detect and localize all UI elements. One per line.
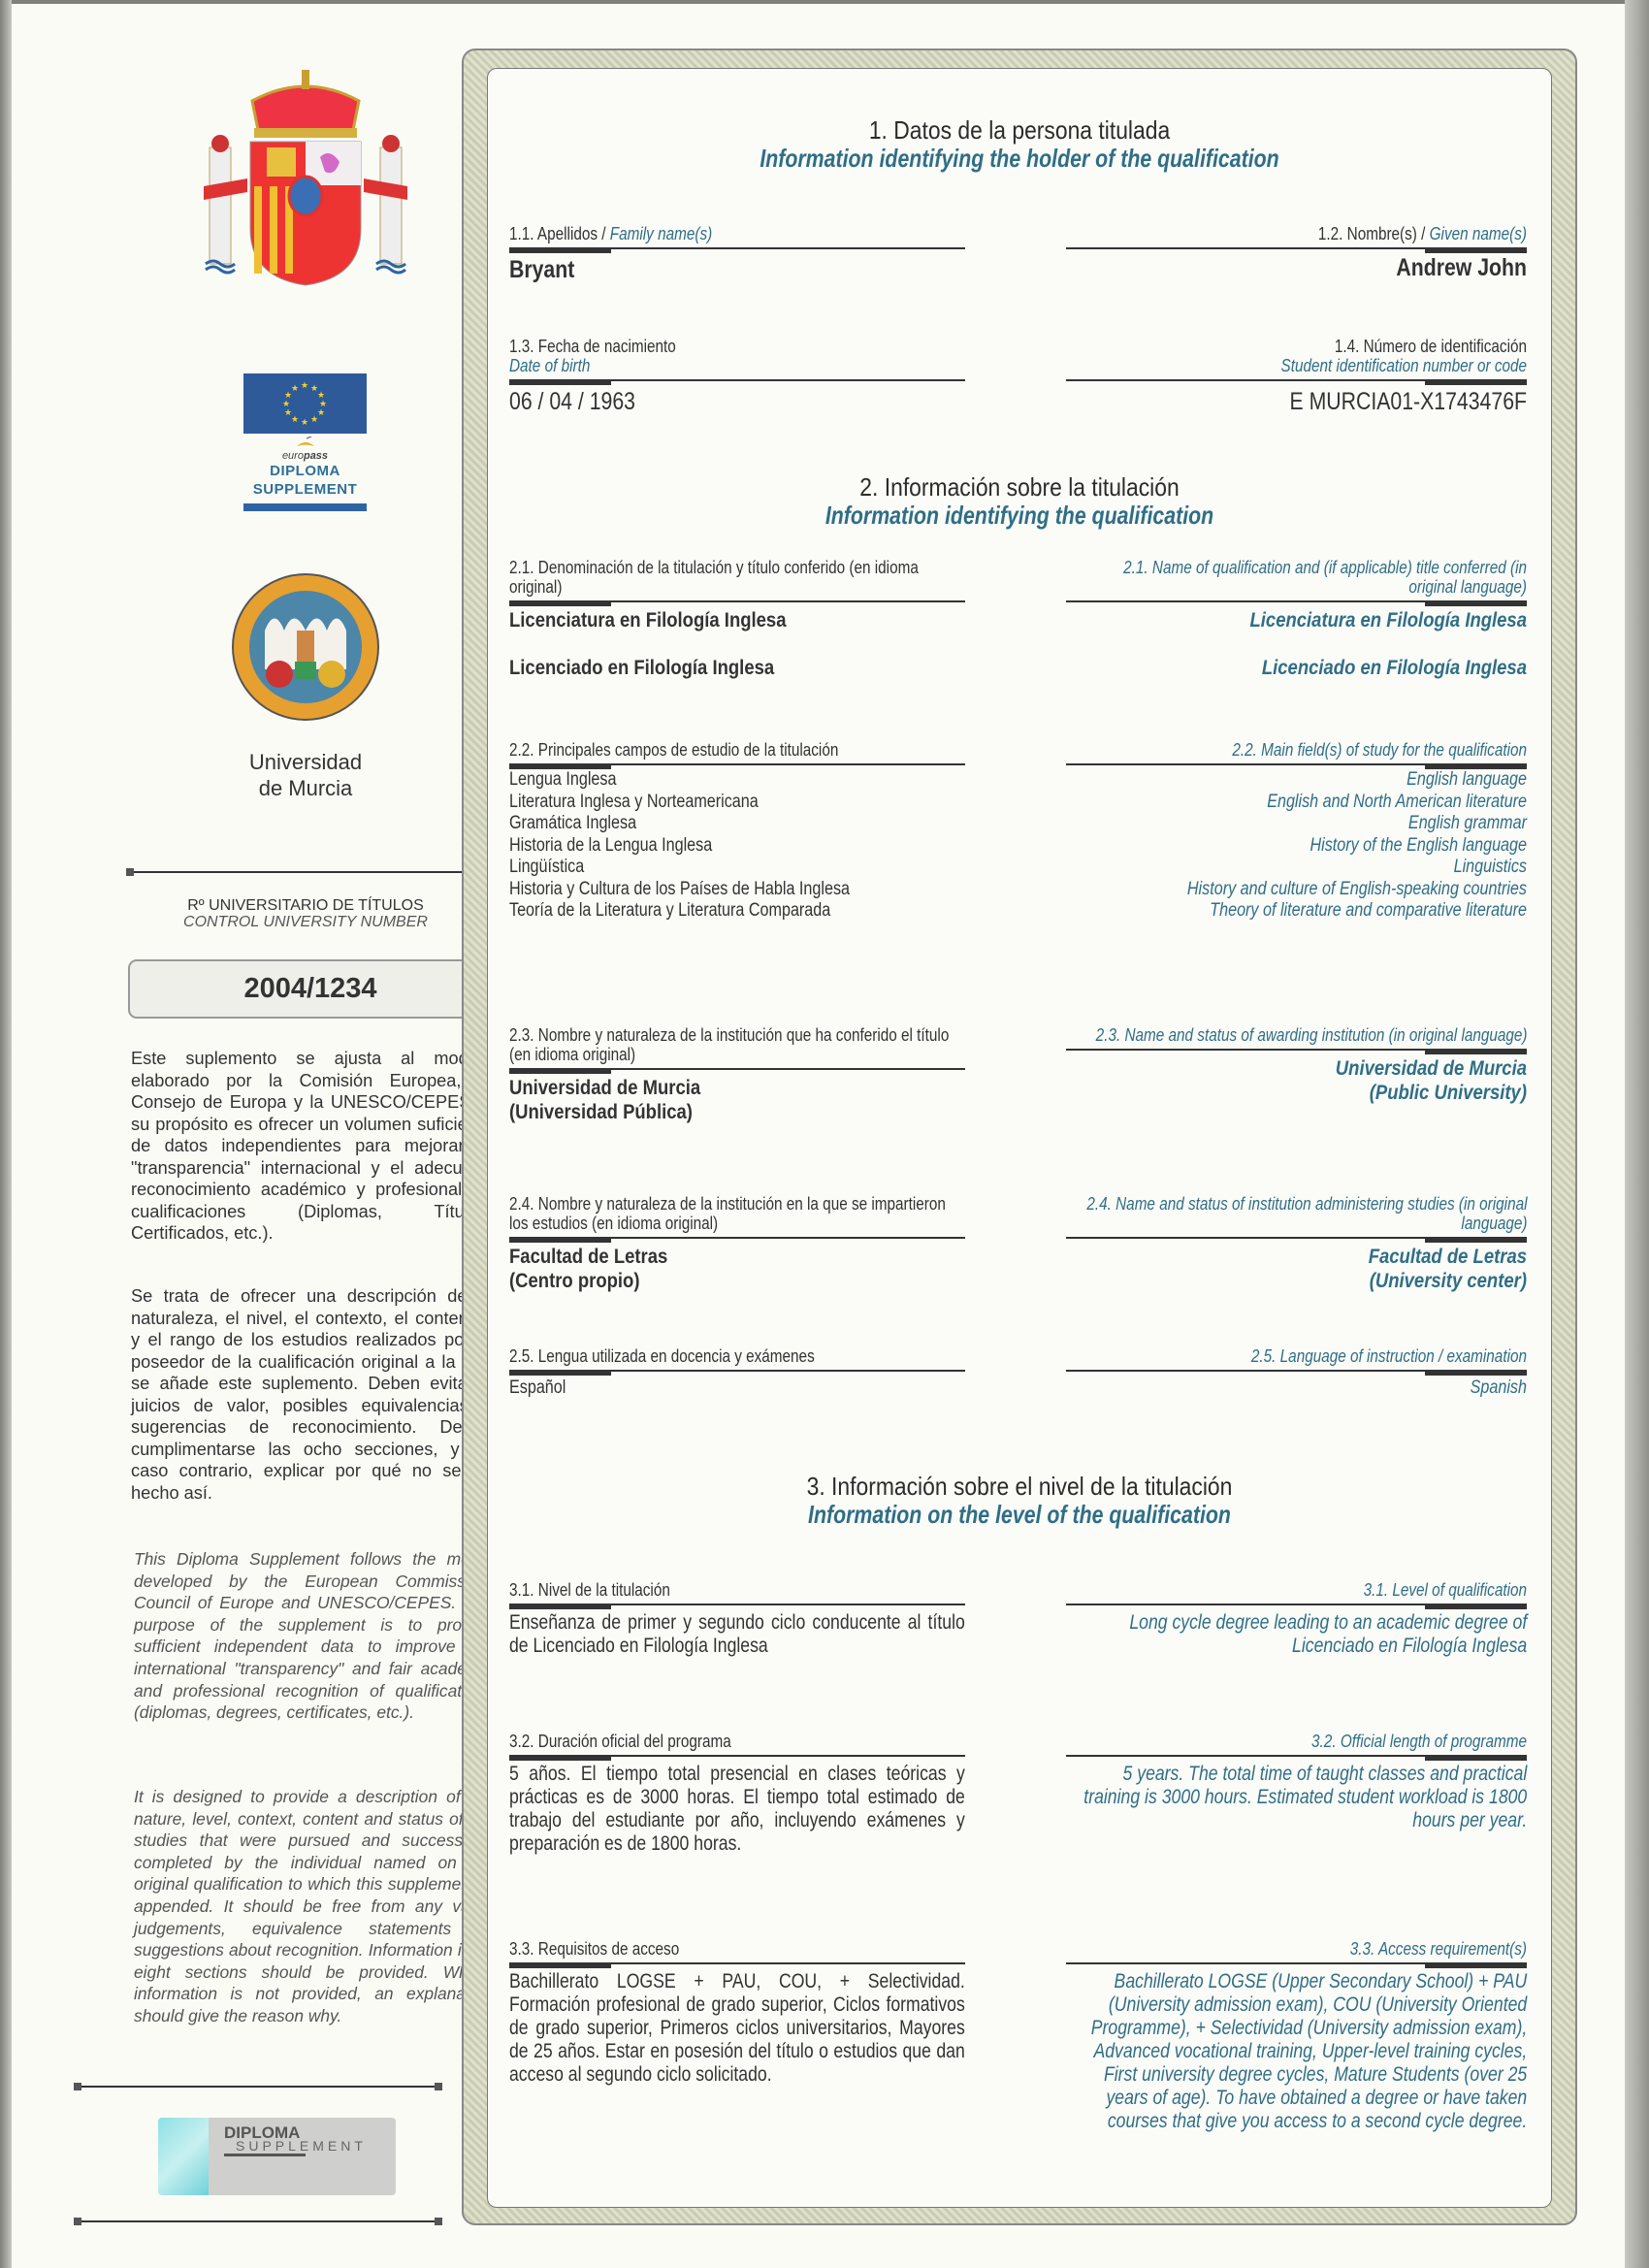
svg-text:★: ★ [284,407,292,417]
intro-paragraph-en-2: It is designed to provide a description … [134,1786,493,2027]
hologram-icon [158,2118,209,2195]
svg-text:★: ★ [301,417,308,427]
sidebar-divider [128,871,493,873]
svg-text:★: ★ [282,399,290,408]
field-birth-date: 1.3. Fecha de nacimiento Date of birth 0… [509,337,965,416]
field-of-study-item: Theory of literature and comparative lit… [1135,900,1527,923]
university-seal-icon [231,572,380,722]
sidebar-divider [76,2220,440,2222]
scan-left-edge [0,0,12,2268]
university-name: Universidad de Murcia [184,749,427,801]
field-2-4-en: 2.4. Name and status of institution admi… [1066,1194,1527,1293]
svg-text:★: ★ [291,414,299,424]
diploma-supplement-bar [243,503,367,511]
field-of-study-item: Lengua Inglesa [509,769,897,792]
sidebar: ★★★ ★★★ ★★★ ★★★ europass DIPLOMA SUPPLEM… [58,0,446,2268]
field-of-study-item: Historia y Cultura de los Países de Habl… [509,879,897,901]
field-2-1-es: 2.1. Denominación de la titulación y tít… [509,558,965,680]
guilloche-frame: 1. Datos de la persona titulada Informat… [462,49,1577,2225]
europass-figure-icon [295,437,316,450]
europass-wordmark: europass [243,450,367,462]
spain-coat-of-arms-icon [204,70,407,293]
eu-flag-icon: ★★★ ★★★ ★★★ ★★★ [243,373,367,434]
field-student-id: 1.4. Número de identificación Student id… [1066,337,1527,416]
intro-paragraph-en-1: This Diploma Supplement follows the mode… [134,1548,493,1724]
birth-date-value: 06 / 04 / 1963 [509,387,897,416]
field-of-study-item: English language [1135,769,1527,792]
diploma-supplement-title: DIPLOMA SUPPLEMENT [243,462,367,499]
field-2-3-es: 2.3. Nombre y naturaleza de la instituci… [509,1025,965,1124]
svg-text:★: ★ [291,383,299,393]
field-of-study-item: English and North American literature [1135,792,1527,814]
field-family-name: 1.1. Apellidos / Family name(s) Bryant [509,224,965,284]
section-1-title: 1. Datos de la persona titulada Informat… [488,115,1551,174]
field-3-1-en: 3.1. Level of qualification Long cycle d… [1066,1580,1527,1658]
control-number-value: 2004/1234 [128,959,493,1019]
field-2-2-es: 2.2. Principales campos de estudio de la… [509,740,965,923]
field-2-4-es: 2.4. Nombre y naturaleza de la instituci… [509,1194,965,1293]
field-2-1-en: 2.1. Name of qualification and (if appli… [1066,558,1527,680]
field-2-2-en: 2.2. Main field(s) of study for the qual… [1066,740,1527,923]
field-3-3-es: 3.3. Requisitos de acceso Bachillerato L… [509,1939,965,2087]
diploma-supplement-hologram-logo: DIPLOMA SUPPLEMENT [158,2118,396,2195]
field-of-study-item: History of the English language [1135,835,1527,858]
svg-text:★: ★ [317,407,325,417]
given-name-value: Andrew John [1135,253,1527,282]
field-3-2-es: 3.2. Duración oficial del programa 5 año… [509,1732,965,1856]
control-number-label: Rº UNIVERSITARIO DE TÍTULOS CONTROL UNIV… [126,897,485,930]
intro-paragraph-es-1: Este suplemento se ajusta al modelo elab… [131,1048,492,1245]
section-3-title: 3. Información sobre el nivel de la titu… [488,1472,1551,1530]
field-3-1-es: 3.1. Nivel de la titulación Enseñanza de… [509,1580,965,1658]
field-of-study-item: Gramática Inglesa [509,813,897,835]
svg-text:★: ★ [310,414,318,424]
field-2-5-en: 2.5. Language of instruction / examinati… [1066,1346,1527,1400]
intro-paragraph-es-2: Se trata de ofrecer una descripción de l… [131,1285,492,1504]
europass-diploma-supplement-logo: europass DIPLOMA SUPPLEMENT [243,437,367,511]
scan-right-edge [1625,0,1649,2268]
field-of-study-item: Historia de la Lengua Inglesa [509,835,897,858]
field-of-study-item: Lingüística [509,857,897,879]
svg-text:★: ★ [301,380,308,390]
field-3-3-en: 3.3. Access requirement(s) Bachillerato … [1066,1939,1527,2133]
fields-of-study-es: Lengua InglesaLiteratura Inglesa y Norte… [509,769,897,923]
field-of-study-item: Linguistics [1135,857,1527,879]
field-of-study-item: English grammar [1135,813,1527,835]
fields-of-study-en: English languageEnglish and North Americ… [1135,769,1527,923]
field-of-study-item: Teoría de la Literatura y Literatura Com… [509,900,897,923]
field-3-2-en: 3.2. Official length of programme 5 year… [1066,1732,1527,1832]
field-of-study-item: History and culture of English-speaking … [1135,879,1527,901]
family-name-value: Bryant [509,255,897,284]
field-2-5-es: 2.5. Lengua utilizada en docencia y exám… [509,1346,965,1400]
sidebar-divider [76,2086,440,2088]
student-id-value: E MURCIA01-X1743476F [1135,387,1527,416]
section-2-title: 2. Información sobre la titulación Infor… [488,472,1551,531]
field-of-study-item: Literatura Inglesa y Norteamericana [509,792,897,814]
field-given-name: 1.2. Nombre(s) / Given name(s) Andrew Jo… [1066,224,1527,282]
content-area: 1. Datos de la persona titulada Informat… [487,68,1552,2208]
field-2-3-en: 2.3. Name and status of awarding institu… [1066,1025,1527,1105]
